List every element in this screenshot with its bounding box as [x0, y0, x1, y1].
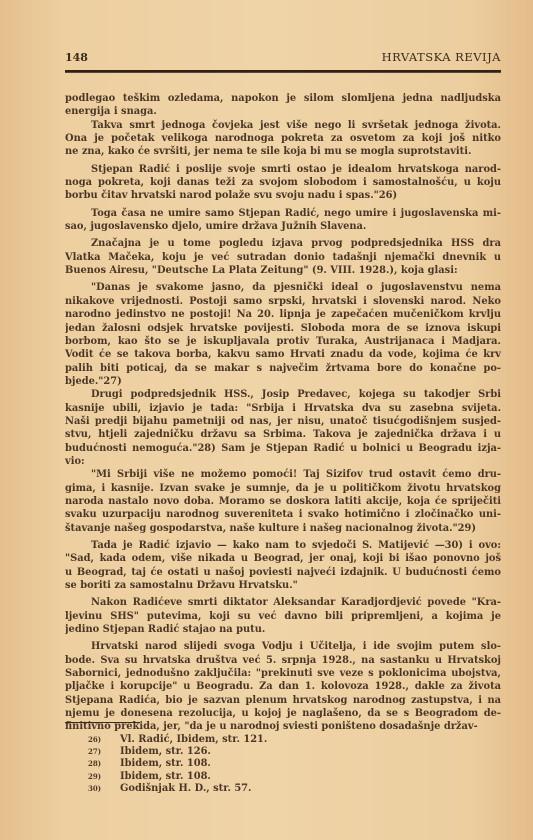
text-line: borbu čitav hrvatski narod polaže svu sv… — [65, 189, 501, 202]
text-line: Naši predji bijahu pametniji od nas, jer… — [65, 415, 501, 428]
text-line: Vlatka Mačeka, koju je već sutradan doni… — [65, 251, 501, 264]
text-line: njemu je donesena rezolucija, u kojoj je… — [65, 707, 501, 720]
text-line: borbom, kao što se je iskupljavala proti… — [65, 335, 501, 348]
text-line: Vodit će se takova borba, kakvu samo Hrv… — [65, 348, 501, 361]
text-line: sao, jugoslavensko djelo, umire država J… — [65, 220, 501, 233]
paragraph: Drugi podpredsjednik HSS., Josip Predave… — [65, 388, 501, 468]
footnote: 27)Ibidem, str. 126. — [88, 746, 267, 758]
running-header: 148 HRVATSKA REVIJA — [65, 50, 501, 64]
body-text: podlegao teškim ozledama, napokon je sil… — [65, 92, 501, 734]
text-line: "Danas je svakome jasno, da pjesnički id… — [65, 281, 501, 294]
footnote: 28)Ibidem, str. 108. — [88, 758, 267, 770]
text-line: štavanje našeg gospodarstva, naše kultur… — [65, 522, 501, 535]
footnote-number: 28) — [88, 758, 120, 770]
footnote-text: Ibidem, str. 108. — [120, 771, 211, 783]
text-line: u Beograd, taj će ostati u našoj poviest… — [65, 566, 501, 579]
footnote: 26)Vl. Radić, Ibidem, str. 121. — [88, 734, 267, 746]
text-line: Značajna je u tome pogledu izjava prvog … — [65, 237, 501, 250]
text-line: nikakove vrijednosti. Postoji samo srpsk… — [65, 295, 501, 308]
text-line: vio: — [65, 455, 501, 468]
journal-title: HRVATSKA REVIJA — [382, 50, 501, 64]
header-rule — [65, 70, 501, 73]
paragraph: podlegao teškim ozledama, napokon je sil… — [65, 92, 501, 119]
paragraph: "Mi Srbiji više ne možemo pomoći! Taj Si… — [65, 468, 501, 535]
text-line: "Mi Srbiji više ne možemo pomoći! Taj Si… — [65, 468, 501, 481]
footnote: 29)Ibidem, str. 108. — [88, 771, 267, 783]
paragraph: Takva smrt jednoga čovjeka jest više neg… — [65, 119, 501, 159]
text-line: noga pokreta, koji danas teži za svojom … — [65, 176, 501, 189]
text-line: ne zna, kako će svršiti, jer nema te sil… — [65, 145, 501, 158]
text-line: svaku uzurpaciju narodnog suvereniteta i… — [65, 508, 501, 521]
footnote-number: 29) — [88, 771, 120, 783]
footnote: 30)Godišnjak H. D., str. 57. — [88, 783, 267, 795]
text-line: podlegao teškim ozledama, napokon je sil… — [65, 92, 501, 105]
paragraph: Tada je Radić izjavio — kako nam to svje… — [65, 539, 501, 592]
footnote-text: Godišnjak H. D., str. 57. — [120, 783, 251, 795]
text-line: Tada je Radić izjavio — kako nam to svje… — [65, 539, 501, 552]
text-line: bode. Sva su hrvatska društva već 5. srp… — [65, 654, 501, 667]
text-line: pljačke i korupcije" u Beogradu. Za dan … — [65, 680, 501, 693]
footnote-text: Vl. Radić, Ibidem, str. 121. — [120, 734, 267, 746]
page: 148 HRVATSKA REVIJA podlegao teškim ozle… — [65, 50, 501, 734]
text-line: Takva smrt jednoga čovjeka jest više neg… — [65, 119, 501, 132]
text-line: energija i snaga. — [65, 105, 501, 118]
footnote-number: 27) — [88, 746, 120, 758]
paragraph: "Danas je svakome jasno, da pjesnički id… — [65, 281, 501, 388]
text-line: Stjepan Radić i poslije svoje smrti osta… — [65, 163, 501, 176]
paragraph: Toga časa ne umire samo Stjepan Radić, n… — [65, 207, 501, 234]
text-line: "Sad, kada odem, više nikada u Beograd, … — [65, 552, 501, 565]
text-line: Sabornici, jednodušno zaključila: "preki… — [65, 667, 501, 680]
footnote-number: 30) — [88, 783, 120, 795]
text-line: bjede."27) — [65, 375, 501, 388]
text-line: jedan žalosni odsjek hrvatske povijesti.… — [65, 322, 501, 335]
paragraph: Stjepan Radić i poslije svoje smrti osta… — [65, 163, 501, 203]
footnote-rule — [65, 722, 140, 723]
text-line: naroda nastalo novo doba. Moramo se dosk… — [65, 495, 501, 508]
text-line: Ona je početak velikoga narodnoga pokret… — [65, 132, 501, 145]
footnote-text: Ibidem, str. 108. — [120, 758, 211, 770]
page-number: 148 — [65, 51, 88, 64]
footnote-number: 26) — [88, 734, 120, 746]
text-line: ljevinu SHS" putevima, koji su već davno… — [65, 610, 501, 623]
text-line: Nakon Radićeve smrti diktator Aleksandar… — [65, 596, 501, 609]
footnotes: 26)Vl. Radić, Ibidem, str. 121.27)Ibidem… — [88, 734, 267, 795]
paragraph: Značajna je u tome pogledu izjava prvog … — [65, 237, 501, 277]
text-line: stvu, htjeli zajedničku državu sa Srbima… — [65, 428, 501, 441]
paragraph: Nakon Radićeve smrti diktator Aleksandar… — [65, 596, 501, 636]
text-line: Buenos Airesu, "Deutsche La Plata Zeitun… — [65, 264, 501, 277]
text-line: Drugi podpredsjednik HSS., Josip Predave… — [65, 388, 501, 401]
text-line: Toga časa ne umire samo Stjepan Radić, n… — [65, 207, 501, 220]
text-line: se boriti za samostalnu Državu Hrvatsku.… — [65, 579, 501, 592]
text-line: narodno jedinstvo ne postoji! Na 20. lip… — [65, 308, 501, 321]
paragraph: Hrvatski narod slijedi svoga Vodju i Uči… — [65, 640, 501, 733]
text-line: Hrvatski narod slijedi svoga Vodju i Uči… — [65, 640, 501, 653]
footnote-text: Ibidem, str. 126. — [120, 746, 211, 758]
text-line: jedino Stjepan Radić stajao na putu. — [65, 623, 501, 636]
text-line: palih biti poticaj, da se makar s največ… — [65, 362, 501, 375]
text-line: budućnosti nemoguća."28) Sam je Stjepan … — [65, 442, 501, 455]
text-line: kasnije ubili, izjavio je tada: "Srbija … — [65, 402, 501, 415]
text-line: gima, i kasnije. Izvan svake je sumnje, … — [65, 482, 501, 495]
text-line: Stjepana Radića, bio je sazvan plenum hr… — [65, 694, 501, 707]
